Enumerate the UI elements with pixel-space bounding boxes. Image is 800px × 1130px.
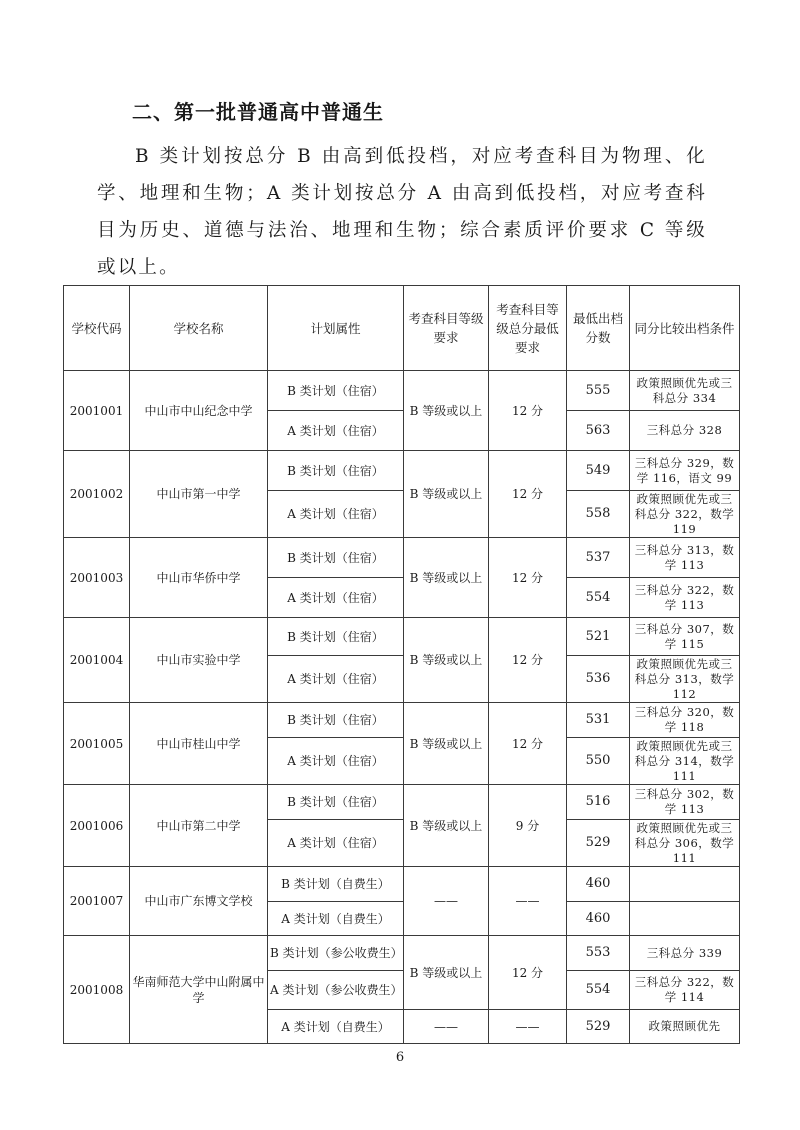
tie-break-condition: [630, 902, 740, 936]
header-school-name: 学校名称: [130, 286, 268, 371]
min-score: 555: [567, 371, 630, 411]
min-score: 516: [567, 785, 630, 820]
table-row: 2001005 中山市桂山中学 B 类计划（住宿） B 等级或以上 12 分 5…: [64, 703, 740, 738]
plan-type: B 类计划（住宿）: [268, 451, 404, 491]
school-code: 2001007: [64, 867, 130, 936]
plan-type: A 类计划（住宿）: [268, 656, 404, 703]
header-total-grade-min: 考查科目等级总分最低要求: [489, 286, 567, 371]
plan-type: B 类计划（住宿）: [268, 538, 404, 578]
tie-break-condition: 三科总分 339: [630, 936, 740, 971]
tie-break-condition: 政策照顾优先或三科总分 306，数学 111: [630, 820, 740, 867]
min-score: 553: [567, 936, 630, 971]
plan-type: A 类计划（住宿）: [268, 820, 404, 867]
table-row: 2001006 中山市第二中学 B 类计划（住宿） B 等级或以上 9 分 51…: [64, 785, 740, 820]
total-grade-min: 12 分: [489, 371, 567, 451]
tie-break-condition: 三科总分 302，数学 113: [630, 785, 740, 820]
plan-type: B 类计划（住宿）: [268, 618, 404, 656]
header-min-score: 最低出档分数: [567, 286, 630, 371]
grade-requirement: B 等级或以上: [404, 936, 489, 1010]
school-code: 2001008: [64, 936, 130, 1044]
tie-break-condition: 政策照顾优先或三科总分 322，数学 119: [630, 491, 740, 538]
total-grade-min: 12 分: [489, 618, 567, 703]
tie-break-condition: 三科总分 322，数学 113: [630, 578, 740, 618]
plan-type: A 类计划（自费生）: [268, 902, 404, 936]
plan-type: B 类计划（参公收费生）: [268, 936, 404, 971]
min-score: 531: [567, 703, 630, 738]
grade-requirement: B 等级或以上: [404, 371, 489, 451]
total-grade-min: ——: [489, 867, 567, 936]
tie-break-condition: 三科总分 328: [630, 411, 740, 451]
school-name: 中山市桂山中学: [130, 703, 268, 785]
school-code: 2001002: [64, 451, 130, 538]
tie-break-condition: 三科总分 329，数学 116，语文 99: [630, 451, 740, 491]
total-grade-min: 12 分: [489, 451, 567, 538]
school-name: 中山市实验中学: [130, 618, 268, 703]
min-score: 537: [567, 538, 630, 578]
tie-break-condition: [630, 867, 740, 902]
table-row: 2001007 中山市广东博文学校 B 类计划（自费生） —— —— 460: [64, 867, 740, 902]
tie-break-condition: 三科总分 307，数学 115: [630, 618, 740, 656]
tie-break-condition: 政策照顾优先或三科总分 313，数学 112: [630, 656, 740, 703]
plan-type: A 类计划（住宿）: [268, 411, 404, 451]
min-score: 554: [567, 971, 630, 1010]
table-row: 2001004 中山市实验中学 B 类计划（住宿） B 等级或以上 12 分 5…: [64, 618, 740, 656]
plan-type: B 类计划（住宿）: [268, 703, 404, 738]
min-score: 460: [567, 902, 630, 936]
min-score: 550: [567, 738, 630, 785]
plan-type: B 类计划（住宿）: [268, 785, 404, 820]
grade-requirement: B 等级或以上: [404, 538, 489, 618]
school-code: 2001003: [64, 538, 130, 618]
page-number: 6: [0, 1050, 800, 1065]
plan-type: A 类计划（住宿）: [268, 578, 404, 618]
tie-break-condition: 政策照顾优先或三科总分 314，数学 111: [630, 738, 740, 785]
section-paragraph: B 类计划按总分 B 由高到低投档，对应考查科目为物理、化学、地理和生物；A 类…: [97, 138, 707, 286]
grade-requirement: B 等级或以上: [404, 785, 489, 867]
plan-type: B 类计划（住宿）: [268, 371, 404, 411]
plan-type: A 类计划（住宿）: [268, 491, 404, 538]
grade-requirement: ——: [404, 867, 489, 936]
min-score: 549: [567, 451, 630, 491]
school-name: 中山市广东博文学校: [130, 867, 268, 936]
tie-break-condition: 三科总分 320，数学 118: [630, 703, 740, 738]
tie-break-condition: 三科总分 322，数学 114: [630, 971, 740, 1010]
plan-type: B 类计划（自费生）: [268, 867, 404, 902]
school-name: 中山市第二中学: [130, 785, 268, 867]
table-row: 2001002 中山市第一中学 B 类计划（住宿） B 等级或以上 12 分 5…: [64, 451, 740, 491]
total-grade-min: 12 分: [489, 703, 567, 785]
tie-break-condition: 三科总分 313，数学 113: [630, 538, 740, 578]
min-score: 529: [567, 1010, 630, 1044]
school-code: 2001004: [64, 618, 130, 703]
plan-type: A 类计划（住宿）: [268, 738, 404, 785]
min-score: 536: [567, 656, 630, 703]
school-name: 中山市华侨中学: [130, 538, 268, 618]
min-score: 521: [567, 618, 630, 656]
total-grade-min: 12 分: [489, 936, 567, 1010]
school-name: 中山市第一中学: [130, 451, 268, 538]
table-row: 2001001 中山市中山纪念中学 B 类计划（住宿） B 等级或以上 12 分…: [64, 371, 740, 411]
school-code: 2001006: [64, 785, 130, 867]
admission-score-table: 学校代码 学校名称 计划属性 考查科目等级要求 考查科目等级总分最低要求 最低出…: [63, 285, 740, 1044]
table-row: 2001008 华南师范大学中山附属中学 B 类计划（参公收费生） B 等级或以…: [64, 936, 740, 971]
header-tie-break-condition: 同分比较出档条件: [630, 286, 740, 371]
school-name: 华南师范大学中山附属中学: [130, 936, 268, 1044]
grade-requirement: B 等级或以上: [404, 451, 489, 538]
grade-requirement: B 等级或以上: [404, 618, 489, 703]
min-score: 460: [567, 867, 630, 902]
plan-type: A 类计划（参公收费生）: [268, 971, 404, 1010]
total-grade-min: ——: [489, 1010, 567, 1044]
school-code: 2001001: [64, 371, 130, 451]
min-score: 554: [567, 578, 630, 618]
min-score: 558: [567, 491, 630, 538]
table-row: 2001003 中山市华侨中学 B 类计划（住宿） B 等级或以上 12 分 5…: [64, 538, 740, 578]
total-grade-min: 9 分: [489, 785, 567, 867]
tie-break-condition: 政策照顾优先: [630, 1010, 740, 1044]
header-school-code: 学校代码: [64, 286, 130, 371]
header-plan-type: 计划属性: [268, 286, 404, 371]
school-name: 中山市中山纪念中学: [130, 371, 268, 451]
plan-type: A 类计划（自费生）: [268, 1010, 404, 1044]
section-heading: 二、第一批普通高中普通生: [132, 96, 384, 125]
tie-break-condition: 政策照顾优先或三科总分 334: [630, 371, 740, 411]
table-header-row: 学校代码 学校名称 计划属性 考查科目等级要求 考查科目等级总分最低要求 最低出…: [64, 286, 740, 371]
total-grade-min: 12 分: [489, 538, 567, 618]
min-score: 529: [567, 820, 630, 867]
grade-requirement: B 等级或以上: [404, 703, 489, 785]
grade-requirement: ——: [404, 1010, 489, 1044]
min-score: 563: [567, 411, 630, 451]
header-grade-requirement: 考查科目等级要求: [404, 286, 489, 371]
school-code: 2001005: [64, 703, 130, 785]
